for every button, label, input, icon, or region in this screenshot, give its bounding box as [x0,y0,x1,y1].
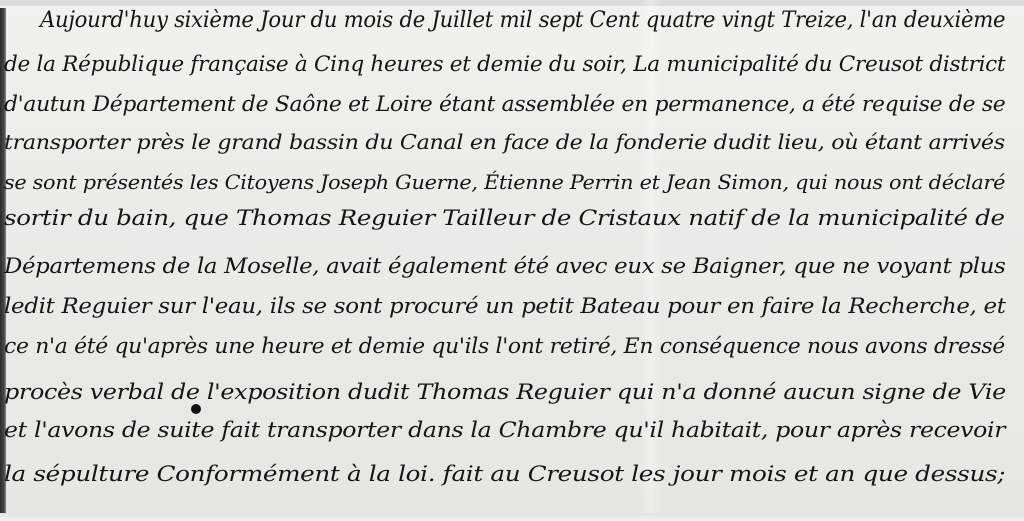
manuscript-line-9: ce n'a été qu'après une heure et demie q… [4,334,1005,358]
manuscript-line-10: procès verbal de l'exposition dudit Thom… [4,380,1006,404]
scan-top-margin [0,0,1024,6]
ink-blot [191,404,201,414]
manuscript-line-12: la sépulture Conformément à la loi. fait… [4,462,1005,486]
manuscript-line-8: ledit Reguier sur l'eau, ils se sont pro… [4,294,1006,318]
scan-bottom-margin [0,513,1024,521]
manuscript-line-4: transporter près le grand bassin du Cana… [4,130,1005,154]
manuscript-page: Aujourd'huy sixième Jour du mois de Juil… [0,0,1024,521]
manuscript-line-5: se sont présentés les Citoyens Joseph Gu… [4,170,1005,194]
manuscript-line-6: sortir du bain, que Thomas Reguier Taill… [4,206,1005,230]
manuscript-line-3: d'autun Département de Saône et Loire ét… [4,92,1005,116]
manuscript-line-11: et l'avons de suite fait transporter dan… [4,418,1005,442]
manuscript-line-1: Aujourd'huy sixième Jour du mois de Juil… [40,8,1005,33]
manuscript-line-7: Départemens de la Moselle, avait égaleme… [4,254,1005,278]
manuscript-line-2: de la République française à Cinq heures… [4,52,1005,76]
